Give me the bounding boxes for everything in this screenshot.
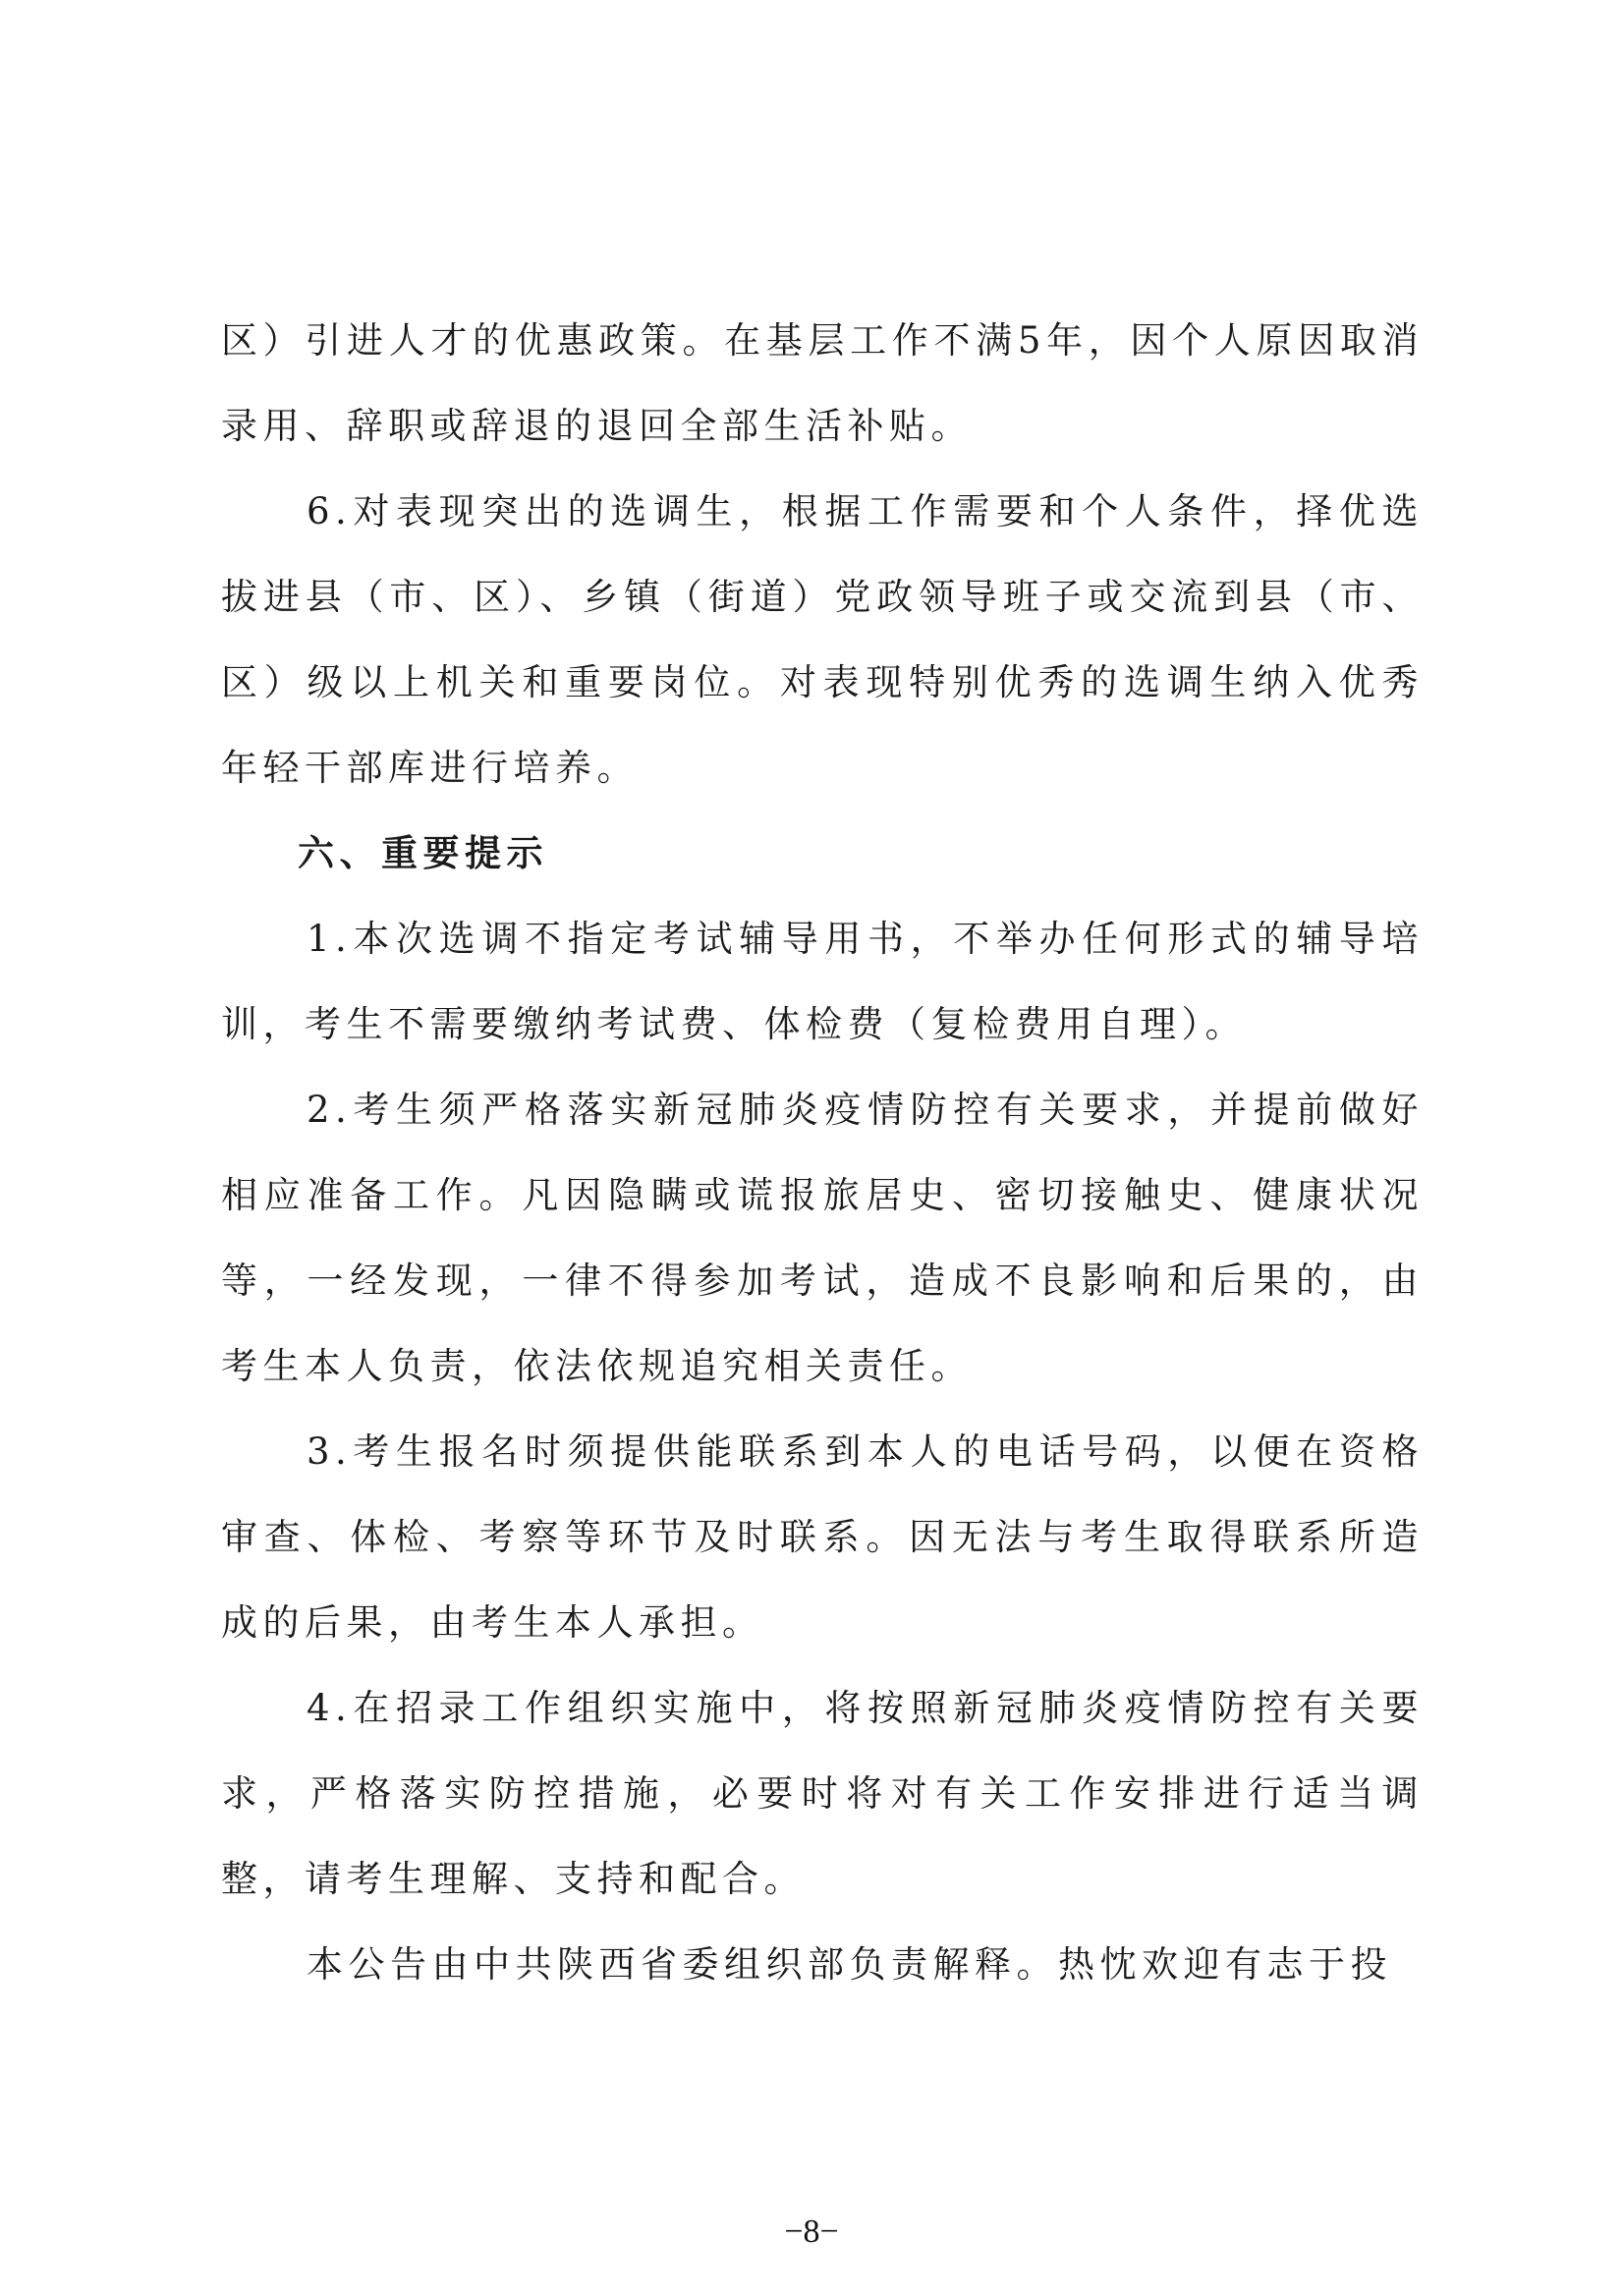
paragraph-notice-3-phone-contact: 3.考生报名时须提供能联系到本人的电话号码，以便在资格审查、体检、考察等环节及时… (221, 1409, 1424, 1665)
paragraph-closing-interpretation: 本公告由中共陕西省委组织部负责解释。热忱欢迎有志于投 (221, 1922, 1424, 2007)
paragraph-continuation-subsidy: 区）引进人才的优惠政策。在基层工作不满5年，因个人原因取消录用、辞职或辞退的退回… (221, 298, 1424, 469)
document-body: 区）引进人才的优惠政策。在基层工作不满5年，因个人原因取消录用、辞职或辞退的退回… (221, 298, 1424, 2007)
document-page: 区）引进人才的优惠政策。在基层工作不满5年，因个人原因取消录用、辞职或辞退的退回… (0, 0, 1623, 2296)
paragraph-item-6-promotion: 6.对表现突出的选调生，根据工作需要和个人条件，择优选拔进县（市、区）、乡镇（街… (221, 469, 1424, 811)
paragraph-notice-2-epidemic-control: 2.考生须严格落实新冠肺炎疫情防控有关要求，并提前做好相应准备工作。凡因隐瞒或谎… (221, 1067, 1424, 1409)
paragraph-notice-1-no-fees: 1.本次选调不指定考试辅导用书，不举办任何形式的辅导培训，考生不需要缴纳考试费、… (221, 896, 1424, 1067)
page-number: −8− (0, 2212, 1623, 2252)
section-heading-important-notes: 六、重要提示 (221, 811, 1424, 896)
paragraph-notice-4-adjustments: 4.在招录工作组织实施中，将按照新冠肺炎疫情防控有关要求，严格落实防控措施，必要… (221, 1665, 1424, 1922)
